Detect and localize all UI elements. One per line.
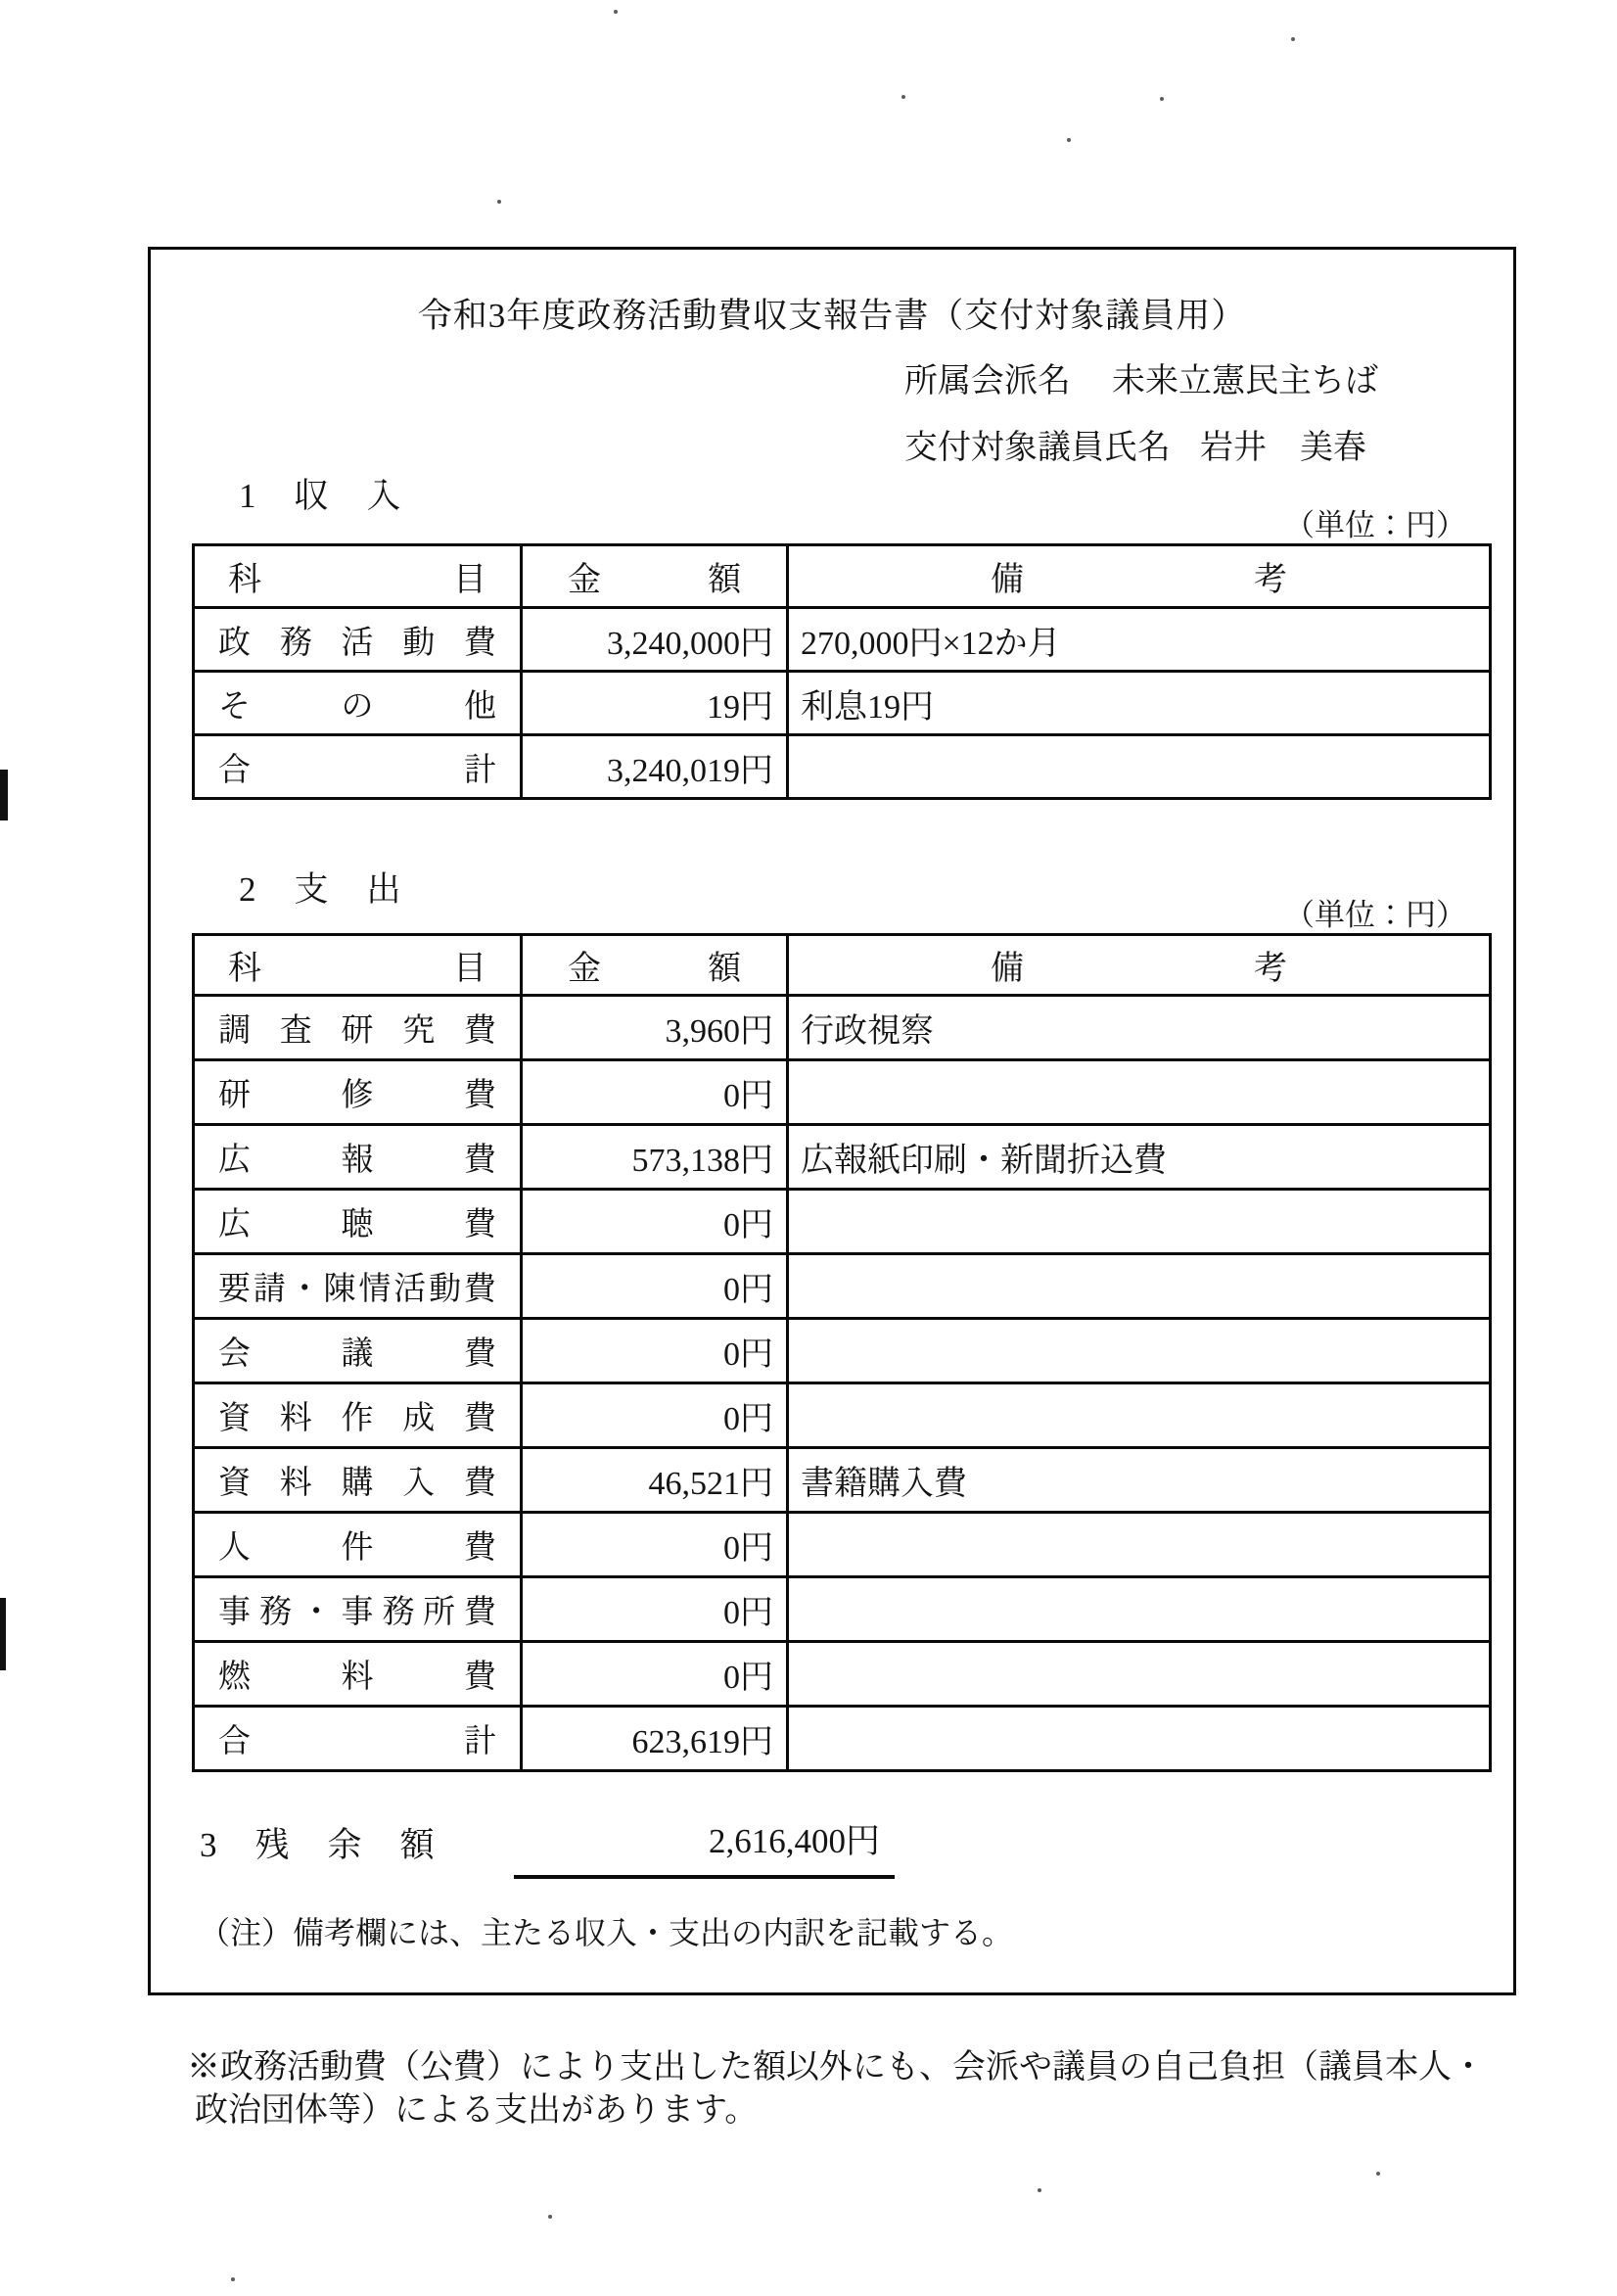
scan-artifact (901, 95, 905, 99)
income-unit-note: （単位：円） (1284, 500, 1466, 544)
amount-cell: 3,960円 (522, 996, 788, 1060)
expense-header-remarks: 備考 (788, 935, 1491, 996)
expense-table-row: 調査研究費 3,960円 行政視察 (194, 996, 1491, 1060)
expense-section-heading: 2 支 出 (239, 863, 403, 912)
remarks-cell (788, 1254, 1491, 1319)
footnote: ※政務活動費（公費）により支出した額以外にも、会派や議員の自己負担（議員本人・ … (187, 2046, 1485, 2132)
affiliation-line: 所属会派名 未来立憲民主ちば (904, 353, 1378, 401)
member-name-value: 岩井 美春 (1200, 420, 1366, 468)
amount-cell: 19円 (522, 672, 788, 735)
scan-artifact (1067, 138, 1071, 142)
income-table-row: その他 19円 利息19円 (194, 672, 1491, 735)
scan-artifact (1038, 2188, 1041, 2192)
amount-cell: 0円 (522, 1254, 788, 1319)
expense-table-row: 資料作成費 0円 (194, 1383, 1491, 1448)
affiliation-label: 所属会派名 (904, 353, 1071, 401)
scanned-report-page: 令和3年度政務活動費収支報告書（交付対象議員用） 所属会派名 未来立憲民主ちば … (0, 0, 1617, 2296)
member-name-label: 交付対象議員氏名 (904, 420, 1171, 468)
expense-table-row: 合計 623,619円 (194, 1707, 1491, 1771)
expense-table-row: 会議費 0円 (194, 1319, 1491, 1383)
item-cell: 資料購入費 (194, 1448, 522, 1513)
item-cell: 合計 (194, 1707, 522, 1771)
remarks-cell: 行政視察 (788, 996, 1491, 1060)
amount-cell: 0円 (522, 1190, 788, 1254)
report-border-box: 令和3年度政務活動費収支報告書（交付対象議員用） 所属会派名 未来立憲民主ちば … (148, 247, 1516, 1995)
income-header-item: 科目 (194, 545, 522, 608)
income-section-heading: 1 収 入 (239, 469, 403, 518)
remarks-cell: 利息19円 (788, 672, 1491, 735)
income-table-header-row: 科目 金額 備考 (194, 545, 1491, 608)
expense-table-header-row: 科目 金額 備考 (194, 935, 1491, 996)
expense-table-row: 人件費 0円 (194, 1513, 1491, 1577)
expense-table-row: 要請・陳情活動費 0円 (194, 1254, 1491, 1319)
scan-artifact (0, 1598, 6, 1670)
amount-cell: 573,138円 (522, 1125, 788, 1190)
amount-cell: 623,619円 (522, 1707, 788, 1771)
remarks-cell: 書籍購入費 (788, 1448, 1491, 1513)
scan-artifact (1376, 2172, 1380, 2176)
item-cell: 研修費 (194, 1060, 522, 1125)
expense-table-row: 広報費 573,138円 広報紙印刷・新聞折込費 (194, 1125, 1491, 1190)
scan-artifact (1291, 37, 1295, 41)
income-header-remarks: 備考 (788, 545, 1491, 608)
balance-heading: 3 残 余 額 (200, 1818, 437, 1867)
income-table-row: 政務活動費 3,240,000円 270,000円×12か月 (194, 608, 1491, 672)
expense-table-row: 燃料費 0円 (194, 1642, 1491, 1707)
expense-header-item: 科目 (194, 935, 522, 996)
item-cell: 会議費 (194, 1319, 522, 1383)
expense-table-row: 広聴費 0円 (194, 1190, 1491, 1254)
scan-artifact (548, 2215, 552, 2219)
item-cell: 資料作成費 (194, 1383, 522, 1448)
remarks-cell (788, 1707, 1491, 1771)
remarks-cell (788, 1060, 1491, 1125)
amount-cell: 0円 (522, 1383, 788, 1448)
remarks-cell (788, 735, 1491, 799)
remarks-cell (788, 1319, 1491, 1383)
scan-artifact (0, 770, 8, 820)
income-table-row: 合計 3,240,019円 (194, 735, 1491, 799)
scan-artifact (497, 200, 501, 204)
amount-cell: 0円 (522, 1060, 788, 1125)
remarks-cell: 270,000円×12か月 (788, 608, 1491, 672)
item-cell: 政務活動費 (194, 608, 522, 672)
amount-cell: 0円 (522, 1513, 788, 1577)
scan-artifact (614, 10, 618, 14)
item-cell: 調査研究費 (194, 996, 522, 1060)
report-title: 令和3年度政務活動費収支報告書（交付対象議員用） (151, 289, 1513, 338)
expense-unit-note: （単位：円） (1284, 890, 1466, 934)
expense-table-body: 調査研究費 3,960円 行政視察 研修費 0円 広報費 573,138円 広報… (194, 996, 1491, 1771)
affiliation-value: 未来立憲民主ちば (1112, 353, 1378, 401)
expense-table: 科目 金額 備考 調査研究費 3,960円 行政視察 研修費 0円 広報費 (192, 933, 1492, 1772)
footnote-line1: ※政務活動費（公費）により支出した額以外にも、会派や議員の自己負担（議員本人・ (187, 2046, 1485, 2089)
amount-cell: 3,240,019円 (522, 735, 788, 799)
remarks-cell (788, 1577, 1491, 1642)
income-header-amount: 金額 (522, 545, 788, 608)
member-name-line: 交付対象議員氏名 岩井 美春 (904, 420, 1366, 468)
amount-cell: 3,240,000円 (522, 608, 788, 672)
expense-table-row: 研修費 0円 (194, 1060, 1491, 1125)
balance-amount: 2,616,400円 (514, 1814, 895, 1879)
item-cell: 広報費 (194, 1125, 522, 1190)
remarks-cell (788, 1383, 1491, 1448)
expense-table-row: 資料購入費 46,521円 書籍購入費 (194, 1448, 1491, 1513)
item-cell: 事務・事務所費 (194, 1577, 522, 1642)
amount-cell: 0円 (522, 1319, 788, 1383)
item-cell: 要請・陳情活動費 (194, 1254, 522, 1319)
item-cell: 人件費 (194, 1513, 522, 1577)
amount-cell: 46,521円 (522, 1448, 788, 1513)
expense-header-amount: 金額 (522, 935, 788, 996)
scan-artifact (231, 2277, 235, 2281)
remarks-cell (788, 1513, 1491, 1577)
amount-cell: 0円 (522, 1577, 788, 1642)
remarks-column-note: （注）備考欄には、主たる収入・支出の内訳を記載する。 (199, 1908, 1013, 1953)
income-table-body: 政務活動費 3,240,000円 270,000円×12か月 その他 19円 利… (194, 608, 1491, 799)
item-cell: 合計 (194, 735, 522, 799)
expense-table-row: 事務・事務所費 0円 (194, 1577, 1491, 1642)
footnote-line2: 政治団体等）による支出があります。 (195, 2089, 1485, 2132)
amount-cell: 0円 (522, 1642, 788, 1707)
item-cell: その他 (194, 672, 522, 735)
remarks-cell (788, 1642, 1491, 1707)
scan-artifact (1160, 97, 1164, 101)
remarks-cell: 広報紙印刷・新聞折込費 (788, 1125, 1491, 1190)
item-cell: 広聴費 (194, 1190, 522, 1254)
remarks-cell (788, 1190, 1491, 1254)
income-table: 科目 金額 備考 政務活動費 3,240,000円 270,000円×12か月 … (192, 543, 1492, 800)
item-cell: 燃料費 (194, 1642, 522, 1707)
balance-line: 3 残 余 額 2,616,400円 (200, 1818, 1462, 1879)
